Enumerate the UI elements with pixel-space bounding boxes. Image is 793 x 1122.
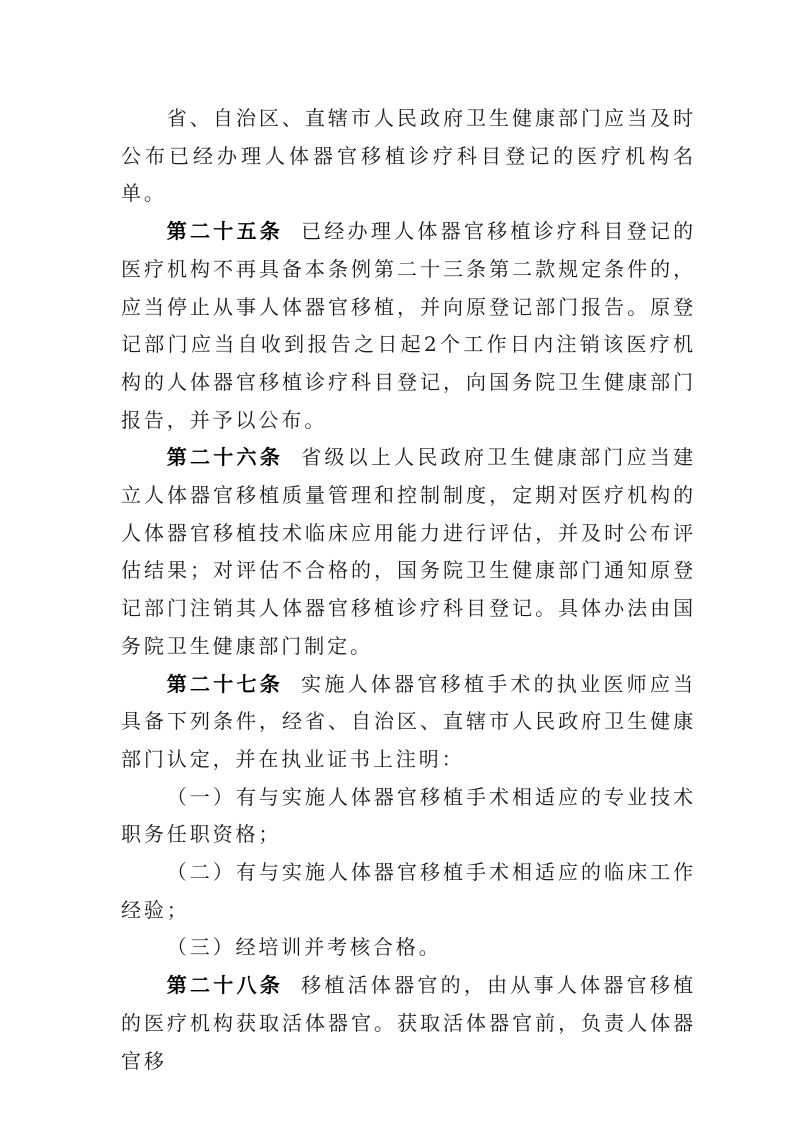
paragraph-continuation: 省、自治区、直辖市人民政府卫生健康部门应当及时公布已经办理人体器官移植诊疗科目登… — [121, 100, 696, 213]
article-number: 第二十七条 — [167, 672, 283, 696]
list-item-text: （一）有与实施人体器官移植手术相适应的专业技术职务任职资格； — [121, 785, 696, 847]
article-text: 已经办理人体器官移植诊疗科目登记的医疗机构不再具备本条例第二十三条第二款规定条件… — [121, 219, 696, 432]
article-number: 第二十六条 — [167, 445, 283, 469]
article-text: 省级以上人民政府卫生健康部门应当建立人体器官移植质量管理和控制制度，定期对医疗机… — [121, 445, 696, 658]
list-item-text: （三）经培训并考核合格。 — [167, 935, 442, 959]
article-number: 第二十五条 — [167, 219, 283, 243]
article-26: 第二十六条省级以上人民政府卫生健康部门应当建立人体器官移植质量管理和控制制度，定… — [121, 439, 696, 665]
article-27: 第二十七条实施人体器官移植手术的执业医师应当具备下列条件，经省、自治区、直辖市人… — [121, 666, 696, 779]
article-28: 第二十八条移植活体器官的，由从事人体器官移植的医疗机构获取活体器官。获取活体器官… — [121, 967, 696, 1080]
article-25: 第二十五条已经办理人体器官移植诊疗科目登记的医疗机构不再具备本条例第二十三条第二… — [121, 213, 696, 439]
article-number: 第二十八条 — [167, 973, 283, 997]
document-page: 省、自治区、直辖市人民政府卫生健康部门应当及时公布已经办理人体器官移植诊疗科目登… — [121, 100, 696, 1080]
list-item-3: （三）经培训并考核合格。 — [121, 929, 696, 967]
list-item-2: （二）有与实施人体器官移植手术相适应的临床工作经验； — [121, 854, 696, 929]
paragraph-text: 省、自治区、直辖市人民政府卫生健康部门应当及时公布已经办理人体器官移植诊疗科目登… — [121, 106, 696, 205]
list-item-text: （二）有与实施人体器官移植手术相适应的临床工作经验； — [121, 860, 696, 922]
list-item-1: （一）有与实施人体器官移植手术相适应的专业技术职务任职资格； — [121, 779, 696, 854]
